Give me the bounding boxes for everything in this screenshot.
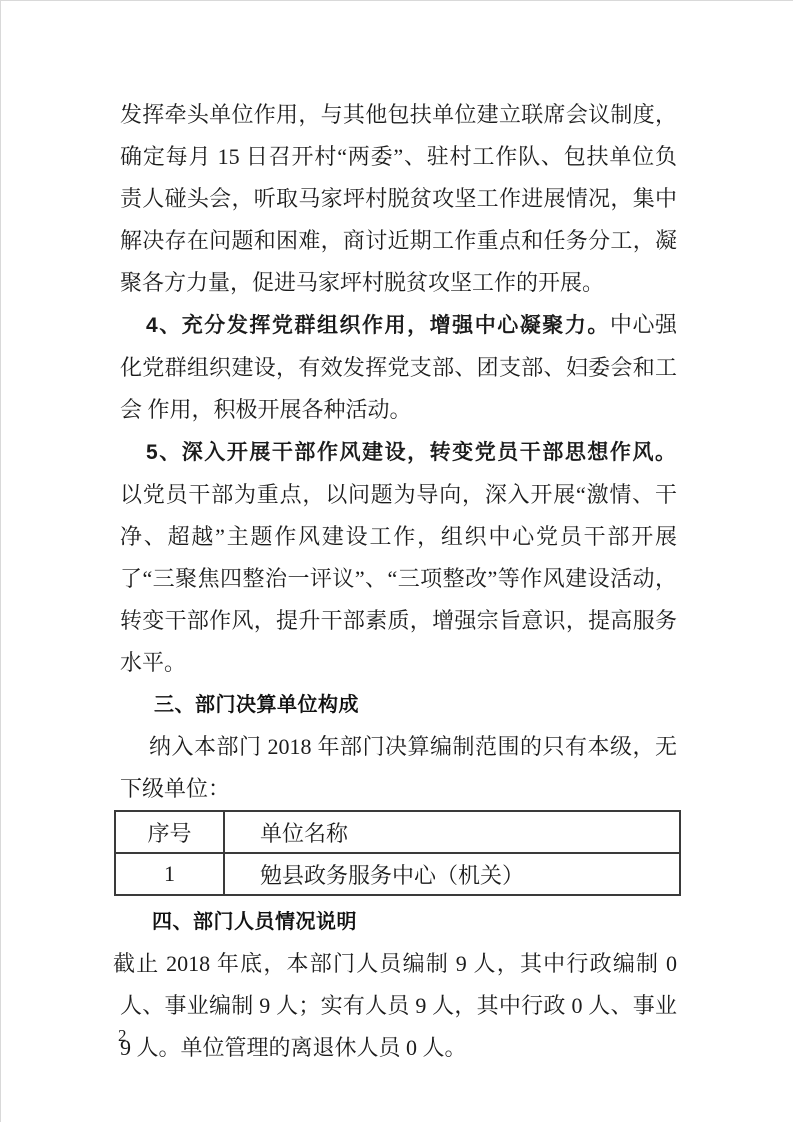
paragraph-item-4-lead: 4、充分发挥党群组织作用，增强中心凝聚力。 — [146, 314, 610, 337]
unit-table-header-name: 单位名称 — [224, 811, 680, 853]
paragraph-budget-scope: 纳入本部门 2018 年部门决算编制范围的只有本级，无下级单位： — [120, 726, 677, 810]
paragraph-continuation: 发挥牵头单位作用，与其他包扶单位建立联席会议制度，确定每月 15 日召开村“两委… — [120, 94, 677, 304]
document-page: 发挥牵头单位作用，与其他包扶单位建立联席会议制度，确定每月 15 日召开村“两委… — [0, 0, 793, 1122]
section-heading-personnel: 四、部门人员情况说明 — [120, 901, 677, 943]
unit-table-header-row: 序号 单位名称 — [115, 811, 680, 853]
paragraph-item-5-body: 以党员干部为重点，以问题为导向，深入开展“激情、干净、超越”主题作风建设工作，组… — [120, 482, 677, 675]
page-number: 2 — [118, 1025, 127, 1047]
unit-table-header-index: 序号 — [115, 811, 224, 853]
unit-table-cell-name: 勉县政务服务中心（机关） — [224, 853, 680, 895]
paragraph-item-5-lead: 5、深入开展干部作风建设，转变党员干部思想作风。 — [146, 441, 677, 464]
unit-table: 序号 单位名称 1 勉县政务服务中心（机关） — [114, 810, 681, 896]
paragraph-item-5: 5、深入开展干部作风建设，转变党员干部思想作风。以党员干部为重点，以问题为导向，… — [120, 431, 677, 684]
unit-table-cell-index: 1 — [115, 853, 224, 895]
section-heading-unit-composition: 三、部门决算单位构成 — [120, 684, 677, 726]
paragraph-personnel: 截止 2018 年底，本部门人员编制 9 人，其中行政编制 0 人、事业编制 9… — [120, 943, 677, 1069]
paragraph-item-4: 4、充分发挥党群组织作用，增强中心凝聚力。中心强化党群组织建设，有效发挥党支部、… — [120, 304, 677, 431]
table-row: 1 勉县政务服务中心（机关） — [115, 853, 680, 895]
